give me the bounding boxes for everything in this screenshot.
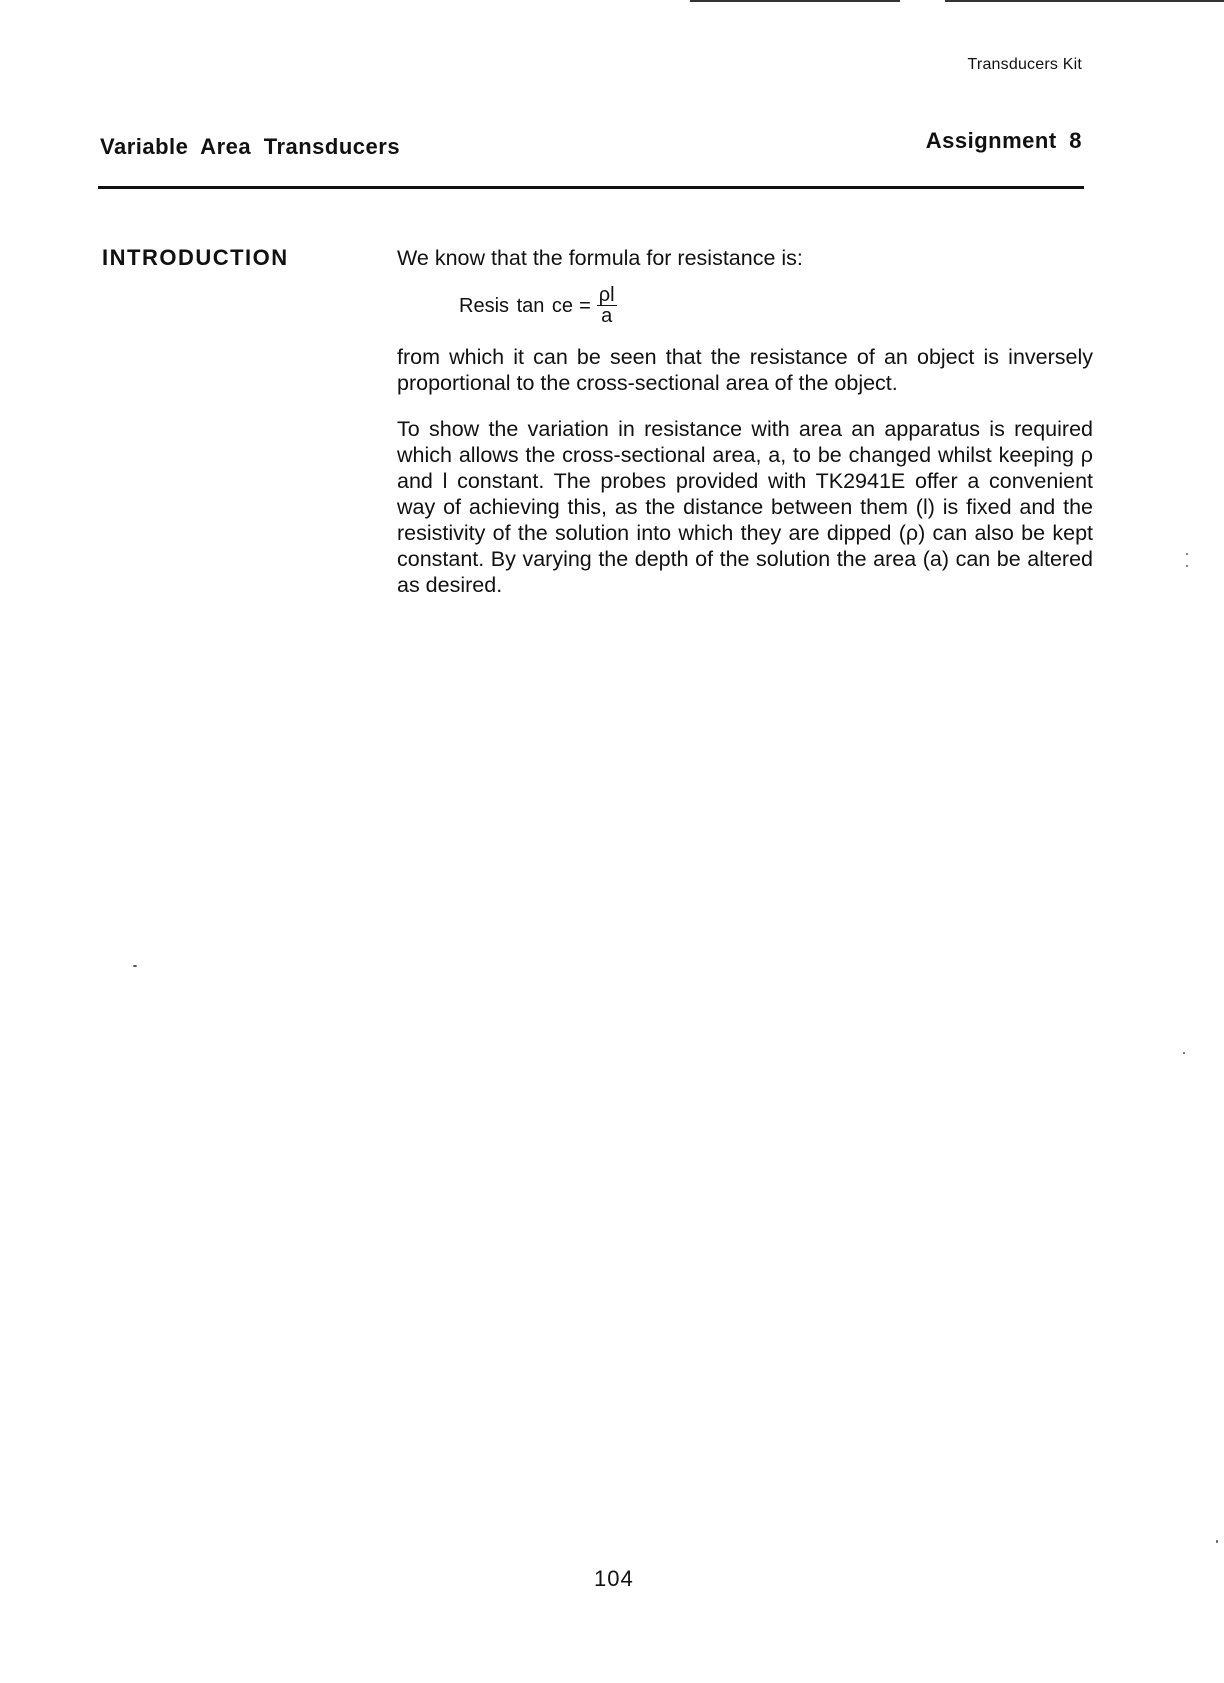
scan-speck [133, 965, 137, 967]
formula-denominator: a [601, 306, 612, 326]
scan-speck [1186, 565, 1188, 567]
scan-edge-line [690, 0, 900, 2]
scan-speck [1186, 553, 1188, 555]
intro-lead: We know that the formula for resistance … [397, 245, 1093, 271]
paragraph-1: from which it can be seen that the resis… [397, 344, 1093, 396]
scan-speck [1183, 1052, 1185, 1054]
formula-fraction: ρl a [597, 285, 617, 326]
section-title: Variable Area Transducers [100, 134, 400, 160]
formula-numerator: ρl [597, 285, 617, 306]
kit-label: Transducers Kit [968, 56, 1082, 74]
formula-lhs: Resis tan ce [459, 293, 573, 319]
resistance-formula: Resis tan ce = ρl a [459, 285, 1093, 326]
introduction-heading: INTRODUCTION [102, 245, 289, 271]
paragraph-2: To show the variation in resistance with… [397, 416, 1093, 598]
introduction-body: We know that the formula for resistance … [397, 245, 1093, 598]
header-divider [98, 186, 1084, 189]
formula-equals: = [579, 293, 591, 319]
scan-edge-line [945, 0, 1224, 2]
page-number: 104 [594, 1566, 634, 1592]
assignment-number: Assignment 8 [926, 128, 1082, 154]
scan-speck [1216, 1540, 1218, 1543]
